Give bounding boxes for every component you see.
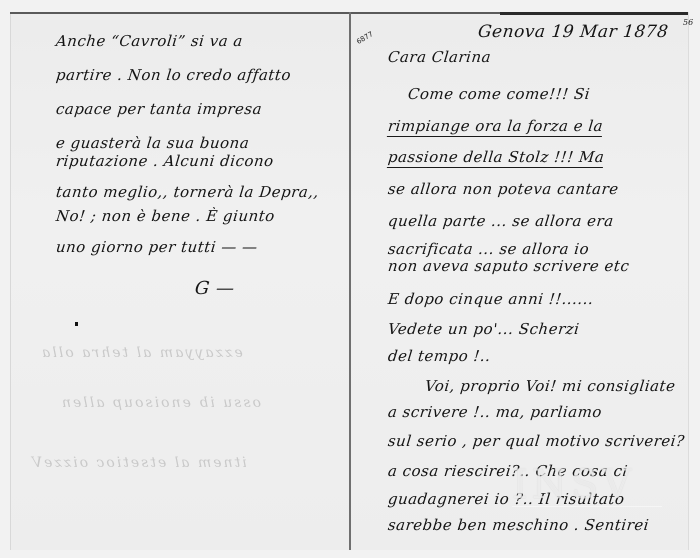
right-line-5: quella parte ... se allora era [387, 212, 615, 230]
watermark-underline [512, 506, 662, 507]
bleed-through-line: ossu ib enoisoup allen [60, 395, 261, 411]
bleed-through-line: itnem al etsetioc oizzeV [30, 455, 247, 471]
left-line-3: capace per tanta impresa [55, 100, 263, 118]
left-line-6: tanto meglio,, tornerà la Depra,, [55, 183, 320, 201]
bleed-through-line: ezzayyam al tehra olla [40, 345, 243, 361]
right-line-8: E dopo cinque anni !!...... [387, 290, 594, 308]
right-line-10: del tempo !.. [387, 347, 492, 365]
right-line-2-text: rimpiange ora la forza e la [387, 117, 604, 137]
letter-salutation: Cara Clarina [387, 48, 492, 66]
right-line-7: non aveva saputo scrivere etc [387, 257, 630, 275]
right-line-12: a scrivere !.. ma, parliamo [387, 403, 603, 421]
right-line-2: rimpiange ora la forza e la [387, 117, 604, 135]
signature: G — [194, 278, 236, 299]
right-line-13: sul serio , per qual motivo scriverei? [387, 432, 686, 450]
left-line-4: e guasterà la sua buona [55, 134, 250, 152]
left-line-2: partire . Non lo credo affatto [55, 66, 292, 84]
right-line-3: passione della Stolz !!! Ma [387, 148, 605, 166]
left-line-1: Anche “Cavroli” si va a [55, 32, 244, 50]
letter-dateline: Genova 19 Mar 1878 [477, 22, 669, 42]
right-line-3-text: passione della Stolz !!! Ma [387, 148, 605, 168]
letter-scan: ezzayyam al tehra olla ossu ib enoisoup … [0, 0, 700, 558]
ink-mark [75, 322, 78, 326]
right-line-6: sacrificata ... se allora io [387, 240, 590, 258]
right-line-4: se allora non poteva cantare [387, 180, 620, 198]
right-line-1: Come come come!!! Si [407, 85, 591, 103]
paper-top-edge-shadow [500, 12, 688, 15]
archive-watermark: INSV [512, 462, 635, 508]
right-line-16: sarebbe ben meschino . Sentirei [387, 516, 650, 534]
right-line-9: Vedete un po'... Scherzi [387, 320, 580, 338]
right-line-11: Voi, proprio Voi! mi consigliate [424, 377, 676, 395]
page-number: 56 [683, 18, 693, 27]
left-line-8: uno giorno per tutti — — [55, 238, 259, 256]
left-line-7: No! ; non è bene . È giunto [55, 207, 276, 225]
center-fold [349, 12, 351, 550]
left-line-5: riputazione . Alcuni dicono [55, 152, 275, 170]
